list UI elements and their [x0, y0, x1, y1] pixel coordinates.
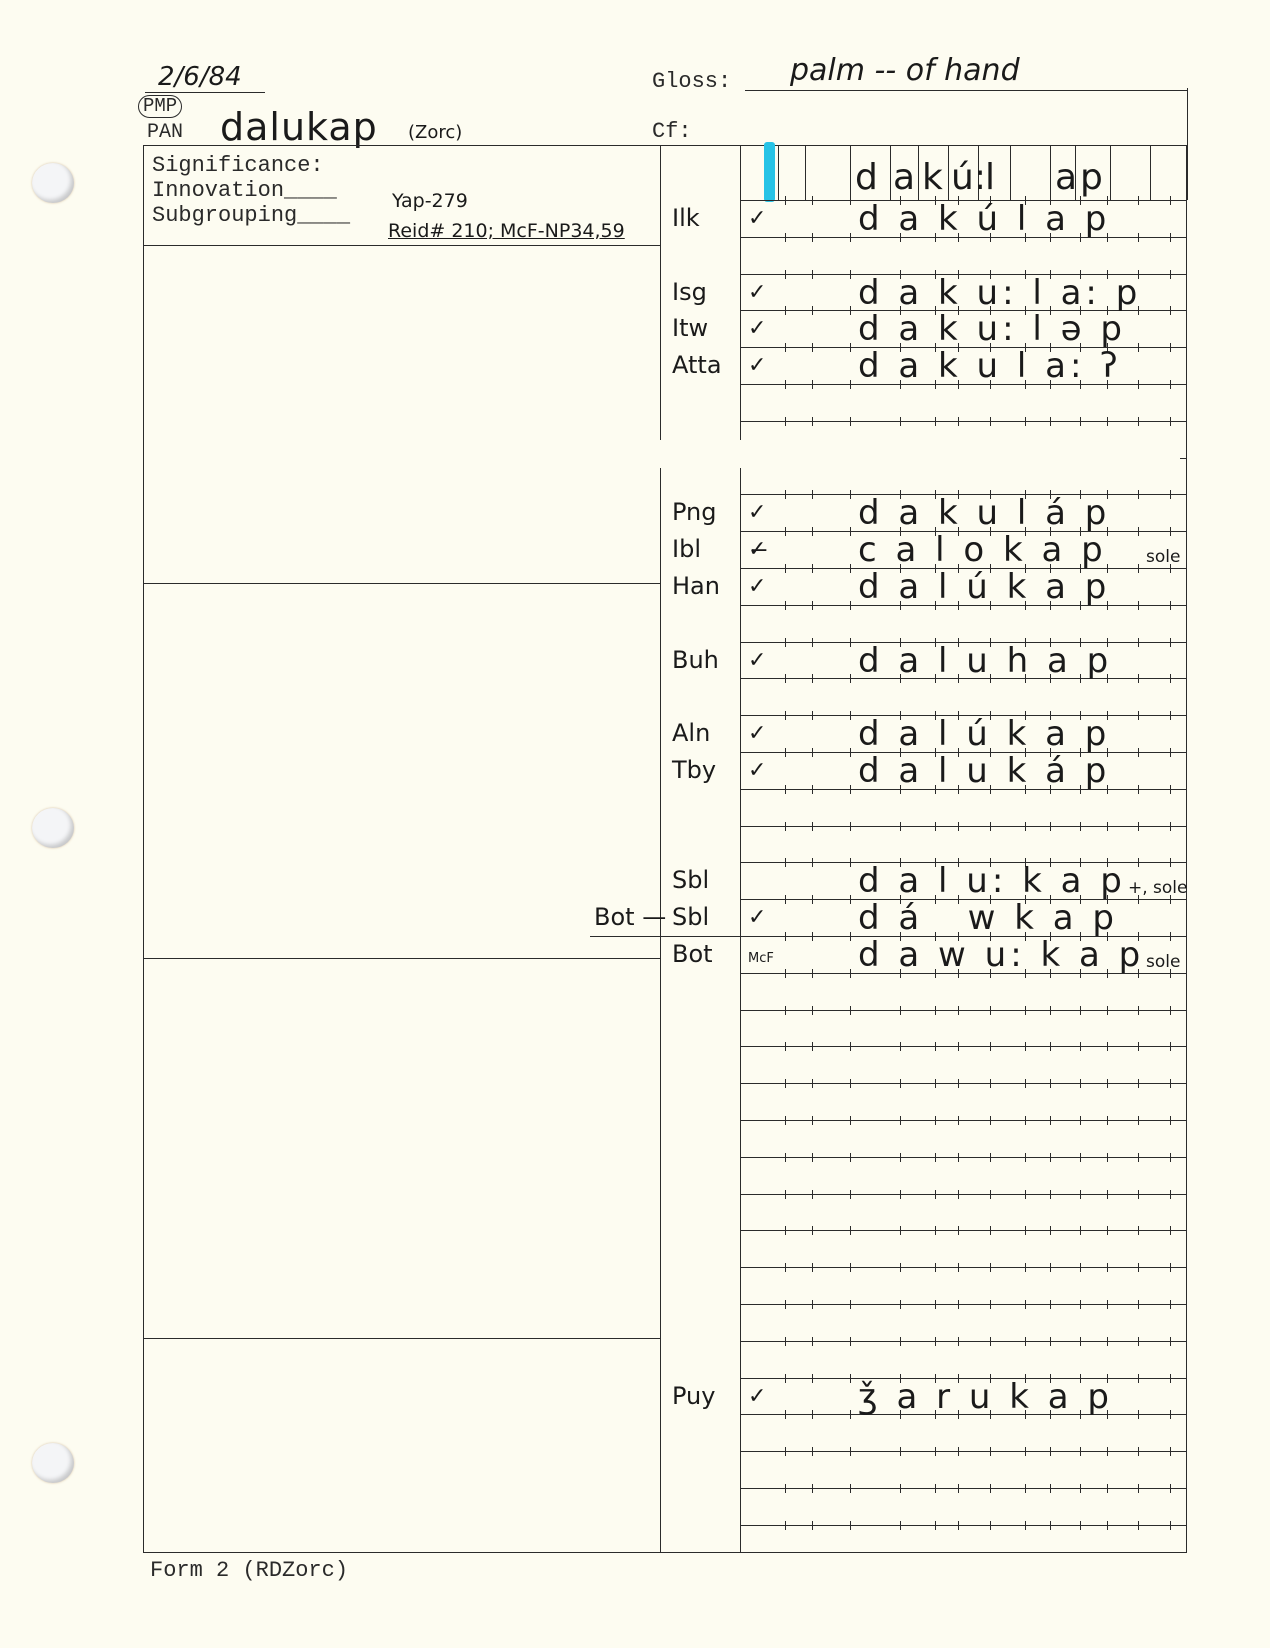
ruled-tick: [850, 1374, 851, 1383]
ruled-tick: [785, 1079, 786, 1088]
ruled-tick: [990, 822, 991, 831]
subgrouping-label: Subgrouping____: [152, 205, 350, 227]
ruled-tick: [785, 601, 786, 610]
ruled-tick: [812, 1116, 813, 1125]
cognate-form: d a k u l á p: [858, 496, 1110, 530]
ruled-tick: [958, 1484, 959, 1493]
ruled-tick: [958, 1116, 959, 1125]
level-circled: PMP: [138, 95, 182, 118]
ruled-tick: [785, 1190, 786, 1199]
ruled-tick: [1170, 196, 1171, 205]
ruled-tick: [900, 1447, 901, 1456]
ruled-tick: [812, 711, 813, 720]
ruled-tick: [1170, 1521, 1171, 1530]
ruled-tick: [850, 1337, 851, 1346]
ruled-tick: [1025, 1337, 1026, 1346]
ruled-tick: [900, 822, 901, 831]
ruled-tick: [1170, 1374, 1171, 1383]
header-segment: l: [985, 160, 995, 196]
ruled-line: [740, 1194, 1187, 1195]
header-cell-line: [948, 145, 949, 200]
ruled-tick: [990, 1153, 991, 1162]
ruled-tick: [1107, 1263, 1108, 1272]
ruled-tick: [1050, 1337, 1051, 1346]
ruled-tick: [1170, 1226, 1171, 1235]
ruled-tick: [785, 638, 786, 647]
ruled-tick: [850, 1116, 851, 1125]
ruled-tick: [850, 969, 851, 978]
ruled-tick: [850, 638, 851, 647]
language-code: Sbl: [672, 905, 709, 929]
ruled-tick: [1107, 1042, 1108, 1051]
ruled-tick: [900, 1226, 901, 1235]
ruled-tick: [958, 1153, 959, 1162]
ruled-tick: [1170, 1153, 1171, 1162]
ruled-tick: [812, 527, 813, 536]
header-segment: ú:: [951, 160, 986, 196]
ruled-tick: [850, 1006, 851, 1015]
cognate-form: ǯ a r u k a p: [858, 1380, 1113, 1414]
ruled-tick: [785, 1006, 786, 1015]
ruled-line: [740, 1304, 1187, 1305]
ruled-tick: [1170, 1337, 1171, 1346]
source-mark: McF: [748, 952, 774, 965]
ruled-tick: [850, 490, 851, 499]
check-icon: ✓: [748, 576, 766, 598]
ruled-tick: [1170, 1447, 1171, 1456]
ruled-tick: [850, 270, 851, 279]
language-code: Han: [672, 574, 720, 598]
ruled-tick: [958, 1226, 959, 1235]
ruled-tick: [812, 490, 813, 499]
ruled-tick: [850, 527, 851, 536]
left-divider-3: [143, 1338, 660, 1339]
ruled-tick: [850, 1521, 851, 1530]
language-code: Aln: [672, 721, 710, 745]
ruled-tick: [1170, 1263, 1171, 1272]
bot-sbl-connector: [590, 936, 740, 937]
ruled-tick: [1138, 1006, 1139, 1015]
header-cell-line: [1050, 145, 1051, 200]
ruled-tick: [785, 1226, 786, 1235]
ruled-tick: [1050, 1226, 1051, 1235]
ruled-tick: [1170, 417, 1171, 426]
ruled-tick: [1080, 1153, 1081, 1162]
ruled-tick: [1170, 1116, 1171, 1125]
ruled-line: [740, 1120, 1187, 1121]
check-icon: ✓: [748, 318, 766, 340]
ruled-tick: [1050, 1190, 1051, 1199]
ruled-tick: [785, 969, 786, 978]
cognate-form: d a k ú l a p: [858, 202, 1110, 236]
header-cell-line: [1187, 145, 1188, 200]
ruled-tick: [1138, 1374, 1139, 1383]
check-icon: ✓: [748, 282, 766, 304]
ruled-tick: [812, 233, 813, 242]
ruled-tick: [1170, 858, 1171, 867]
ruled-tick: [850, 196, 851, 205]
ruled-tick: [900, 1484, 901, 1493]
ruled-tick: [935, 1447, 936, 1456]
significance-divider: [143, 245, 660, 246]
language-code: Tby: [672, 758, 716, 782]
ruled-tick: [785, 527, 786, 536]
ruled-tick: [1025, 1116, 1026, 1125]
header-cell-line: [740, 145, 741, 200]
header-cell-line: [1150, 145, 1151, 200]
ruled-tick: [850, 785, 851, 794]
cognate-form: d a l ú k a p: [858, 570, 1110, 604]
ruled-tick: [785, 1042, 786, 1051]
ruled-tick: [1050, 1153, 1051, 1162]
ruled-tick: [1138, 711, 1139, 720]
ruled-tick: [1107, 1079, 1108, 1088]
cognate-form: d a l ú k a p: [858, 717, 1110, 751]
ruled-tick: [935, 822, 936, 831]
punch-hole-bottom: [32, 1443, 74, 1483]
ruled-tick: [1107, 822, 1108, 831]
ruled-tick: [1170, 490, 1171, 499]
left-divider-2: [143, 958, 660, 959]
significance-title: Significance:: [152, 155, 324, 177]
ruled-tick: [812, 638, 813, 647]
check-icon: ✓̶: [748, 539, 766, 561]
ruled-tick: [785, 1263, 786, 1272]
language-code: Buh: [672, 648, 719, 672]
ruled-tick: [812, 858, 813, 867]
header-segment: p: [1080, 160, 1103, 196]
ruled-tick: [1080, 1116, 1081, 1125]
ruled-tick: [850, 601, 851, 610]
form-label: Form 2 (RDZorc): [150, 1560, 348, 1582]
ruled-tick: [812, 1190, 813, 1199]
ruled-tick: [812, 1006, 813, 1015]
ruled-tick: [1170, 638, 1171, 647]
ruled-tick: [1050, 1079, 1051, 1088]
ruled-tick: [1080, 1263, 1081, 1272]
ruled-tick: [812, 1226, 813, 1235]
ruled-line: [740, 1267, 1187, 1268]
ruled-tick: [1080, 1226, 1081, 1235]
ruled-tick: [1138, 674, 1139, 683]
ruled-tick: [1170, 601, 1171, 610]
language-code: Puy: [672, 1384, 715, 1408]
ruled-tick: [990, 1447, 991, 1456]
ruled-tick: [1170, 1410, 1171, 1419]
ruled-tick: [1138, 1079, 1139, 1088]
ruled-tick: [1170, 711, 1171, 720]
ruled-tick: [785, 1521, 786, 1530]
ruled-tick: [850, 380, 851, 389]
ruled-tick: [900, 1521, 901, 1530]
ruled-tick: [850, 932, 851, 941]
punch-hole-middle: [32, 808, 74, 848]
ruled-tick: [812, 1410, 813, 1419]
ruled-tick: [958, 1006, 959, 1015]
ruled-tick: [812, 1337, 813, 1346]
cf-label: Cf:: [652, 121, 692, 143]
ruled-tick: [958, 1300, 959, 1309]
ruled-tick: [958, 1337, 959, 1346]
ruled-tick: [1025, 417, 1026, 426]
ruled-tick: [958, 417, 959, 426]
ruled-tick: [1050, 1521, 1051, 1530]
ruled-tick: [812, 1263, 813, 1272]
ruled-tick: [1080, 1006, 1081, 1015]
ruled-tick: [1138, 417, 1139, 426]
ruled-tick: [785, 895, 786, 904]
ruled-tick: [1025, 1263, 1026, 1272]
ruled-tick: [812, 674, 813, 683]
language-code: Bot: [672, 942, 713, 966]
ruled-line: [740, 1157, 1187, 1158]
ruled-tick: [935, 1521, 936, 1530]
ruled-tick: [1107, 1521, 1108, 1530]
ruled-tick: [1138, 233, 1139, 242]
panel-divider: [660, 145, 661, 1553]
ruled-tick: [1025, 1079, 1026, 1088]
ruled-tick: [1170, 306, 1171, 315]
header-segment: a: [893, 160, 915, 196]
ruled-tick: [850, 1226, 851, 1235]
check-icon: ✓: [748, 502, 766, 524]
left-divider-1: [143, 583, 660, 584]
ruled-tick: [1050, 1300, 1051, 1309]
ruled-tick: [990, 417, 991, 426]
ruled-tick: [1025, 822, 1026, 831]
ruled-line: [740, 1010, 1187, 1011]
language-code: Ilk: [672, 206, 700, 230]
ruled-tick: [1025, 1226, 1026, 1235]
source: (Zorc): [408, 124, 462, 142]
level-label: PAN: [147, 123, 183, 143]
ruled-tick: [1050, 1263, 1051, 1272]
ruled-tick: [812, 1300, 813, 1309]
ruled-tick: [935, 1190, 936, 1199]
ruled-tick: [958, 1447, 959, 1456]
header-segment: d: [855, 160, 878, 196]
ruled-tick: [850, 343, 851, 352]
ruled-tick: [850, 1153, 851, 1162]
check-icon: ✓: [748, 208, 766, 230]
ruled-tick: [1107, 1190, 1108, 1199]
ruled-tick: [1170, 343, 1171, 352]
reference-2: Reid# 210; McF-NP34,59: [388, 222, 625, 241]
ruled-tick: [1107, 1484, 1108, 1493]
ruled-tick: [935, 1042, 936, 1051]
ruled-tick: [935, 1263, 936, 1272]
cognate-form: d a k u l a: ʔ: [858, 349, 1122, 383]
ruled-tick: [1170, 1300, 1171, 1309]
ruled-tick: [1107, 1153, 1108, 1162]
ruled-tick: [850, 858, 851, 867]
ruled-tick: [1138, 638, 1139, 647]
gloss-value: palm -- of hand: [790, 56, 1020, 86]
language-code: Isg: [672, 280, 707, 304]
ruled-tick: [785, 785, 786, 794]
check-icon: ✓: [748, 355, 766, 377]
ruled-tick: [1170, 1042, 1171, 1051]
gloss-underline: [745, 90, 1187, 91]
ruled-tick: [785, 858, 786, 867]
ruled-tick: [1107, 1116, 1108, 1125]
ruled-tick: [1138, 490, 1139, 499]
ruled-line: [740, 826, 1187, 827]
ruled-tick: [1050, 1116, 1051, 1125]
ruled-tick: [990, 1337, 991, 1346]
ruled-tick: [900, 1079, 901, 1088]
ruled-tick: [785, 343, 786, 352]
ruled-tick: [1080, 822, 1081, 831]
ruled-tick: [990, 1521, 991, 1530]
ruled-tick: [1138, 748, 1139, 757]
ruled-tick: [1080, 1337, 1081, 1346]
ruled-tick: [850, 895, 851, 904]
ruled-tick: [785, 270, 786, 279]
ruled-tick: [990, 1079, 991, 1088]
ruled-tick: [935, 1116, 936, 1125]
ruled-tick: [1138, 1484, 1139, 1493]
reconstruction: dalukap: [220, 108, 378, 146]
ruled-line: [740, 1083, 1187, 1084]
ruled-tick: [1170, 1484, 1171, 1493]
ruled-tick: [1138, 196, 1139, 205]
ruled-tick: [785, 380, 786, 389]
language-prefix: Bot —: [594, 905, 666, 929]
ruled-tick: [935, 1153, 936, 1162]
ruled-tick: [990, 1263, 991, 1272]
ruled-tick: [1138, 1226, 1139, 1235]
ruled-tick: [1050, 1447, 1051, 1456]
ruled-tick: [900, 1153, 901, 1162]
ruled-tick: [1170, 748, 1171, 757]
punch-hole-top: [32, 163, 74, 203]
ruled-tick: [1170, 270, 1171, 279]
ruled-tick: [785, 196, 786, 205]
ruled-tick: [935, 1337, 936, 1346]
ruled-tick: [935, 1300, 936, 1309]
ruled-tick: [1170, 932, 1171, 941]
ruled-tick: [785, 417, 786, 426]
ruled-tick: [958, 1521, 959, 1530]
entry-note: sole: [1146, 549, 1180, 566]
ruled-tick: [812, 1484, 813, 1493]
check-icon: ✓: [748, 1386, 766, 1408]
ruled-tick: [1138, 1116, 1139, 1125]
ruled-tick: [785, 674, 786, 683]
ruled-tick: [785, 1374, 786, 1383]
ruled-tick: [900, 1337, 901, 1346]
ruled-tick: [1170, 1006, 1171, 1015]
language-code: Ibl: [672, 537, 701, 561]
ruled-tick: [1138, 601, 1139, 610]
header-cell-line: [1010, 145, 1011, 200]
ruled-tick: [935, 417, 936, 426]
language-code: Png: [672, 500, 717, 524]
ruled-line: [740, 1341, 1187, 1342]
ruled-tick: [812, 785, 813, 794]
check-icon: ✓: [748, 907, 766, 929]
ruled-tick: [935, 1079, 936, 1088]
ruled-tick: [1138, 1521, 1139, 1530]
ruled-tick: [900, 1042, 901, 1051]
ruled-tick: [812, 895, 813, 904]
ruled-tick: [1080, 1484, 1081, 1493]
ruled-tick: [935, 1484, 936, 1493]
ruled-tick: [1080, 417, 1081, 426]
check-icon: ✓: [748, 723, 766, 745]
check-icon: ✓: [748, 760, 766, 782]
ruled-tick: [1025, 1006, 1026, 1015]
ruled-tick: [850, 1042, 851, 1051]
ruled-tick: [900, 1300, 901, 1309]
ruled-tick: [1025, 1300, 1026, 1309]
cognate-form: d á w k a p: [858, 901, 1118, 935]
ruled-tick: [1025, 1042, 1026, 1051]
ruled-tick: [812, 564, 813, 573]
ruled-tick: [1050, 417, 1051, 426]
ruled-tick: [850, 1447, 851, 1456]
ruled-tick: [812, 196, 813, 205]
ruled-tick: [1138, 1447, 1139, 1456]
ruled-tick: [812, 932, 813, 941]
ruled-tick: [850, 1484, 851, 1493]
gloss-label: Gloss:: [652, 71, 731, 93]
ruled-tick: [785, 748, 786, 757]
header-segment: k: [922, 160, 943, 196]
ruled-tick: [850, 233, 851, 242]
ruled-tick: [958, 1190, 959, 1199]
ruled-tick: [785, 233, 786, 242]
ruled-tick: [1107, 1300, 1108, 1309]
date-underline: [145, 92, 265, 93]
header-cell-line: [918, 145, 919, 200]
cognate-form: d a l u h a p: [858, 644, 1112, 678]
date: 2/6/84: [158, 64, 242, 90]
ruled-line: [740, 1046, 1187, 1047]
ruled-tick: [1138, 858, 1139, 867]
ruled-tick: [1138, 1263, 1139, 1272]
language-code: Sbl: [672, 868, 709, 892]
ruled-tick: [785, 490, 786, 499]
ruled-tick: [1050, 1484, 1051, 1493]
ruled-tick: [1025, 1447, 1026, 1456]
header-cell-line: [778, 145, 779, 200]
level-circled-text: PMP: [143, 95, 177, 117]
ruled-tick: [1170, 785, 1171, 794]
ruled-tick: [1138, 1153, 1139, 1162]
ruled-tick: [850, 417, 851, 426]
ruled-tick: [1138, 1300, 1139, 1309]
ruled-tick: [812, 822, 813, 831]
ruled-tick: [1170, 527, 1171, 536]
ruled-tick: [812, 343, 813, 352]
ruled-tick: [900, 1116, 901, 1125]
ruled-tick: [1025, 1484, 1026, 1493]
entry-note: sole: [1146, 954, 1180, 971]
ruled-tick: [990, 1300, 991, 1309]
cognate-form: d a k u: l ə p: [858, 312, 1126, 346]
ruled-tick: [1138, 1042, 1139, 1051]
language-code: Atta: [672, 353, 722, 377]
ruled-tick: [958, 1263, 959, 1272]
ruled-tick: [900, 1006, 901, 1015]
ruled-tick: [1138, 1410, 1139, 1419]
header-cell-line: [1110, 145, 1111, 200]
ruled-tick: [812, 601, 813, 610]
ruled-tick: [785, 1410, 786, 1419]
ruled-tick: [1138, 822, 1139, 831]
